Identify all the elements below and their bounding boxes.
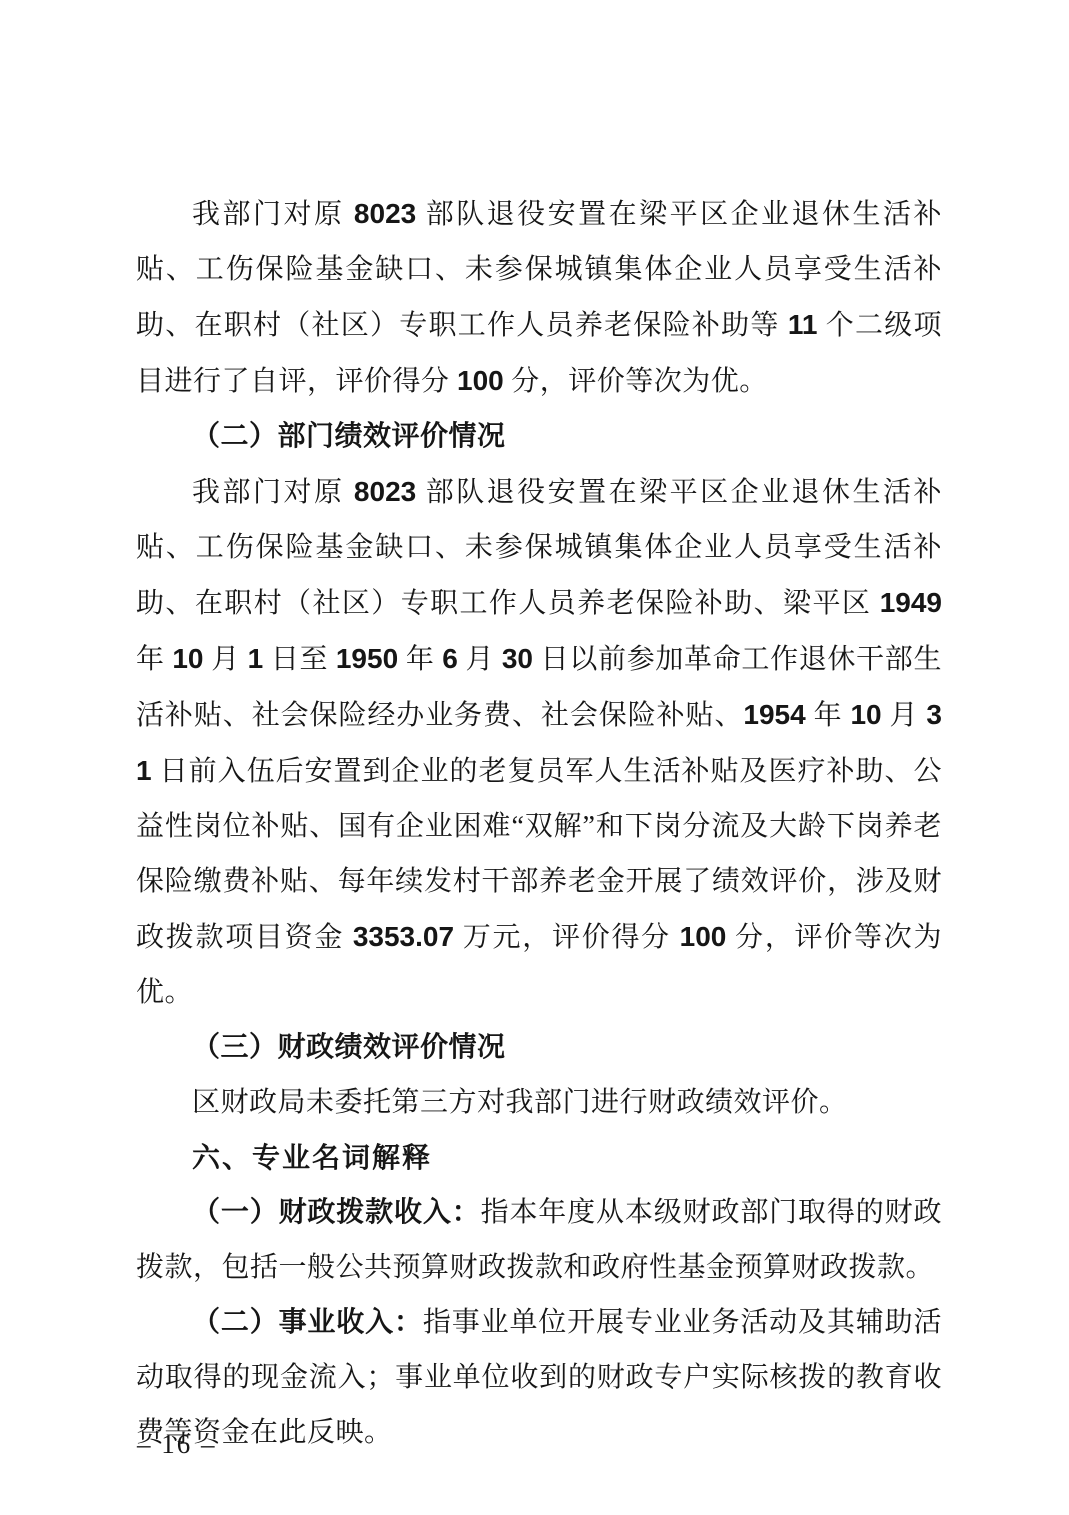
heading-section-6-terminology: 六、专业名词解释 xyxy=(136,1130,942,1185)
document-body: 我部门对原 8023 部队退役安置在梁平区企业退休生活补贴、工伤保险基金缺口、未… xyxy=(136,186,942,1460)
paragraph-term-operating-income: （二）事业收入：指事业单位开展专业业务活动及其辅助活动取得的现金流入；事业单位收… xyxy=(136,1295,942,1460)
document-page: 我部门对原 8023 部队退役安置在梁平区企业退休生活补贴、工伤保险基金缺口、未… xyxy=(0,0,1069,1515)
paragraph-self-evaluation-result: 我部门对原 8023 部队退役安置在梁平区企业退休生活补贴、工伤保险基金缺口、未… xyxy=(136,186,942,409)
paragraph-fiscal-evaluation-detail: 区财政局未委托第三方对我部门进行财政绩效评价。 xyxy=(136,1075,942,1130)
heading-section-3-fiscal-evaluation: （三）财政绩效评价情况 xyxy=(136,1020,942,1075)
paragraph-department-evaluation-detail: 我部门对原 8023 部队退役安置在梁平区企业退休生活补贴、工伤保险基金缺口、未… xyxy=(136,464,942,1020)
page-number: – 16 – xyxy=(137,1424,217,1464)
paragraph-term-fiscal-appropriation-income: （一）财政拨款收入：指本年度从本级财政部门取得的财政拨款，包括一般公共预算财政拨… xyxy=(136,1185,942,1295)
heading-section-2-department-evaluation: （二）部门绩效评价情况 xyxy=(136,409,942,464)
